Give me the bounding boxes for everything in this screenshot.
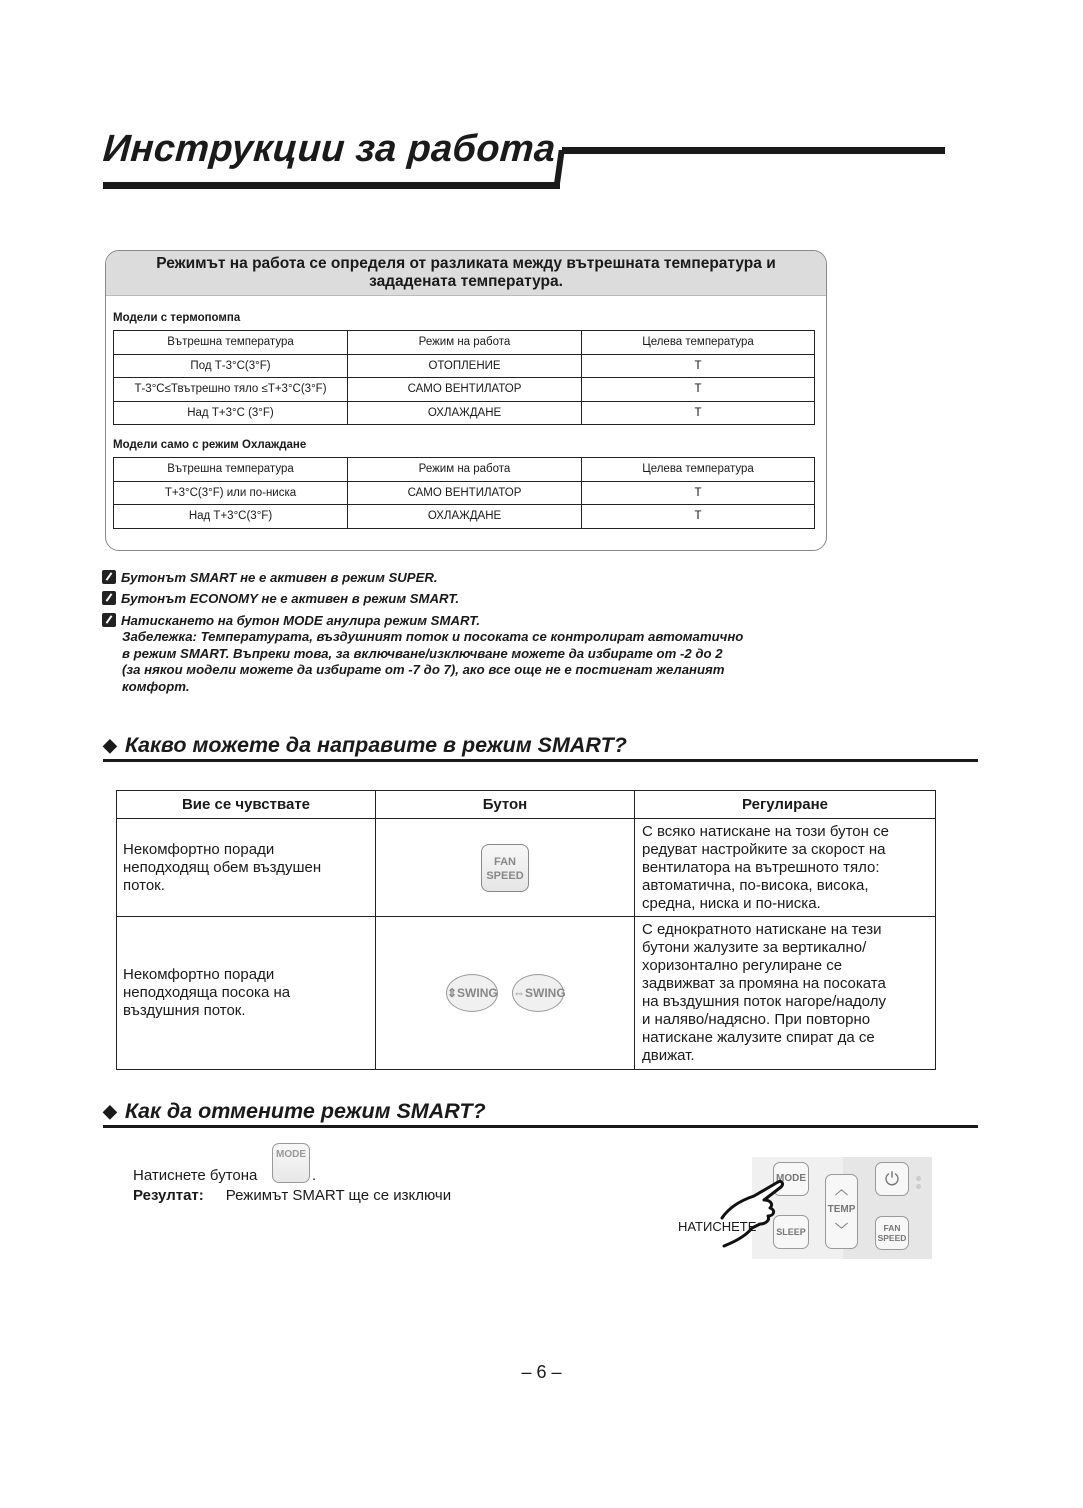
section-rule bbox=[103, 1125, 978, 1128]
table-row: Т-3°С≤Твътрешно тяло ≤Т+3°С(3°F) САМО ВЕ… bbox=[114, 378, 815, 402]
table-row: Над Т+3°С (3°F) ОХЛАЖДАНЕ T bbox=[114, 401, 815, 425]
table-cell: Над Т+3°С (3°F) bbox=[114, 401, 348, 425]
cell-line: Некомфортно поради bbox=[123, 841, 374, 859]
note-text: Натискането на бутон MODE анулира режим … bbox=[121, 613, 480, 628]
heading-line-2: зададената температура. bbox=[106, 273, 826, 291]
coolonly-table: Вътрешна температура Режим на работа Цел… bbox=[113, 457, 815, 529]
fan-speed-button-icon: FAN SPEED bbox=[481, 844, 529, 892]
press-instruction: Натиснете бутона bbox=[133, 1167, 257, 1184]
chevron-down-icon: ﹀ bbox=[826, 1219, 857, 1238]
heatpump-table: Вътрешна температура Режим на работа Цел… bbox=[113, 330, 815, 425]
page-number: – 6 – bbox=[0, 1362, 1083, 1383]
cell-line: вентилатора на вътрешното тяло: bbox=[642, 859, 934, 877]
smart-adjust-table: Вие се чувствате Бутон Регулиране Некомф… bbox=[116, 790, 936, 1070]
cell-line: поток. bbox=[123, 877, 374, 895]
table-cell: T bbox=[582, 481, 815, 505]
table-row: Под Т-3°С(3°F) ОТОПЛЕНИЕ T bbox=[114, 354, 815, 378]
table-row: Над Т+3°С(3°F) ОХЛАЖДАНЕ T bbox=[114, 505, 815, 529]
diamond-bullet-icon: ◆ bbox=[103, 1101, 117, 1121]
button-cell: ⇕SWING⇔SWING bbox=[376, 917, 635, 1070]
cell-line: неподходящ обем въздушен bbox=[123, 859, 374, 877]
result-text: Режимът SMART ще се изключи bbox=[226, 1187, 451, 1204]
page-title: Инструкции за работа bbox=[101, 128, 556, 171]
table-cell: Под Т-3°С(3°F) bbox=[114, 354, 348, 378]
mode-info-box: Режимът на работа се определя от разлика… bbox=[105, 250, 827, 551]
table-cell: ОХЛАЖДАНЕ bbox=[348, 401, 582, 425]
remark-line: Забележка: Температурата, въздушният пот… bbox=[122, 629, 822, 646]
heading-line-1: Режимът на работа се определя от разлика… bbox=[106, 255, 826, 273]
table-cell: ОХЛАЖДАНЕ bbox=[348, 505, 582, 529]
title-rule bbox=[103, 182, 560, 189]
note-check-icon bbox=[102, 591, 116, 605]
heatpump-label: Модели с термопомпа bbox=[113, 312, 240, 324]
key-label: SPEED bbox=[482, 869, 528, 883]
press-text: Натиснете бутона bbox=[133, 1167, 257, 1184]
table-header-row: Вътрешна температура Режим на работа Цел… bbox=[114, 458, 815, 482]
result-label: Резултат: bbox=[133, 1187, 204, 1204]
mode-button-icon: MODE bbox=[272, 1143, 310, 1183]
key-label: FAN bbox=[876, 1223, 908, 1233]
cell-line: бутони жалузите за вертикално/ bbox=[642, 939, 934, 957]
remote-temp-key: ︿ TEMP ﹀ bbox=[825, 1174, 858, 1249]
note-text: Бутонът ECONOMY не е активен в режим SMA… bbox=[121, 591, 459, 606]
swing-vertical-button-icon: ⇕SWING bbox=[446, 974, 498, 1012]
cell-line: на въздушния поток нагоре/надолу bbox=[642, 993, 934, 1011]
table-cell: T bbox=[582, 378, 815, 402]
table-cell: T bbox=[582, 354, 815, 378]
indicator-dot bbox=[916, 1184, 921, 1189]
cell-line: задвижват за промяна на посоката bbox=[642, 975, 934, 993]
section-title: Как да отмените режим SMART? bbox=[125, 1099, 486, 1123]
feel-cell: Некомфортно поради неподходяща посока на… bbox=[117, 917, 376, 1070]
table-row: Т+3°С(3°F) или по-ниска САМО ВЕНТИЛАТОР … bbox=[114, 481, 815, 505]
section-title: Какво можете да направите в режим SMART? bbox=[125, 733, 627, 757]
power-icon: ⏻ bbox=[875, 1162, 909, 1196]
pointing-hand-icon bbox=[712, 1170, 792, 1255]
remark-line: в режим SMART. Въпреки това, за включван… bbox=[122, 646, 822, 663]
table-cell: Т+3°С(3°F) или по-ниска bbox=[114, 481, 348, 505]
adjust-cell: С всяко натискане на този бутон се редув… bbox=[635, 819, 936, 917]
table-row: Некомфортно поради неподходяща посока на… bbox=[117, 917, 936, 1070]
section-rule bbox=[103, 759, 978, 762]
press-period: . bbox=[312, 1167, 316, 1184]
note-item: Бутонът SMART не е активен в режим SUPER… bbox=[102, 569, 438, 586]
table-cell: ОТОПЛЕНИЕ bbox=[348, 354, 582, 378]
header-cell: Вие се чувствате bbox=[117, 791, 376, 819]
header-cell: Режим на работа bbox=[348, 331, 582, 355]
table-cell: Т-3°С≤Твътрешно тяло ≤Т+3°С(3°F) bbox=[114, 378, 348, 402]
remark-line: (за някои модели можете да избирате от -… bbox=[122, 662, 822, 679]
title-rule-top bbox=[562, 147, 945, 154]
table-cell: САМО ВЕНТИЛАТОР bbox=[348, 378, 582, 402]
section-heading-what-can-you-do: ◆Какво можете да направите в режим SMART… bbox=[103, 733, 627, 758]
indicator-dot bbox=[916, 1176, 921, 1181]
section-heading-cancel-smart: ◆Как да отмените режим SMART? bbox=[103, 1099, 486, 1124]
cell-line: С всяко натискане на този бутон се bbox=[642, 823, 934, 841]
swing-horizontal-button-icon: ⇔SWING bbox=[512, 974, 564, 1012]
header-cell: Режим на работа bbox=[348, 458, 582, 482]
cell-line: натискане жалузите спират да се bbox=[642, 1029, 934, 1047]
cell-line: средна, ниска и по-ниска. bbox=[642, 895, 934, 913]
table-header-row: Вие се чувствате Бутон Регулиране bbox=[117, 791, 936, 819]
note-check-icon bbox=[102, 570, 116, 584]
note-remark: Забележка: Температурата, въздушният пот… bbox=[122, 629, 822, 695]
diamond-bullet-icon: ◆ bbox=[103, 735, 117, 755]
cell-line: С еднократното натискане на тези bbox=[642, 921, 934, 939]
remark-line: комфорт. bbox=[122, 679, 822, 696]
cell-line: и наляво/надясно. При повторно bbox=[642, 1011, 934, 1029]
feel-cell: Некомфортно поради неподходящ обем възду… bbox=[117, 819, 376, 917]
key-label: SPEED bbox=[876, 1233, 908, 1243]
cell-line: Некомфортно поради bbox=[123, 966, 374, 984]
header-cell: Целева температура bbox=[582, 331, 815, 355]
header-cell: Бутон bbox=[376, 791, 635, 819]
table-cell: T bbox=[582, 505, 815, 529]
cell-line: хоризонтално регулиране се bbox=[642, 957, 934, 975]
chevron-up-icon: ︿ bbox=[826, 1179, 857, 1198]
table-cell: T bbox=[582, 401, 815, 425]
header-cell: Целева температура bbox=[582, 458, 815, 482]
table-cell: САМО ВЕНТИЛАТОР bbox=[348, 481, 582, 505]
note-item: Бутонът ECONOMY не е активен в режим SMA… bbox=[102, 590, 459, 607]
cell-line: автоматична, по-висока, висока, bbox=[642, 877, 934, 895]
result-line: Резултат:Режимът SMART ще се изключи bbox=[133, 1187, 451, 1204]
adjust-cell: С еднократното натискане на тези бутони … bbox=[635, 917, 936, 1070]
press-label: НАТИСНЕТЕ bbox=[678, 1219, 756, 1234]
cell-line: неподходяща посока на bbox=[123, 984, 374, 1002]
header-cell: Вътрешна температура bbox=[114, 458, 348, 482]
note-text: Бутонът SMART не е активен в режим SUPER… bbox=[121, 570, 438, 585]
table-row: Некомфортно поради неподходящ обем възду… bbox=[117, 819, 936, 917]
button-cell: FAN SPEED bbox=[376, 819, 635, 917]
key-label: FAN bbox=[482, 855, 528, 869]
coolonly-label: Модели само с режим Охлаждане bbox=[113, 439, 306, 451]
cell-line: движат. bbox=[642, 1047, 934, 1065]
note-item: Натискането на бутон MODE анулира режим … bbox=[102, 612, 480, 629]
cell-line: въздушния поток. bbox=[123, 1002, 374, 1020]
remote-fan-speed-key: FAN SPEED bbox=[875, 1216, 909, 1250]
header-cell: Регулиране bbox=[635, 791, 936, 819]
temp-label: TEMP bbox=[826, 1204, 857, 1215]
info-box-heading: Режимът на работа се определя от разлика… bbox=[106, 251, 826, 296]
cell-line: редуват настройките за скорост на bbox=[642, 841, 934, 859]
table-header-row: Вътрешна температура Режим на работа Цел… bbox=[114, 331, 815, 355]
header-cell: Вътрешна температура bbox=[114, 331, 348, 355]
table-cell: Над Т+3°С(3°F) bbox=[114, 505, 348, 529]
note-check-icon bbox=[102, 613, 116, 627]
